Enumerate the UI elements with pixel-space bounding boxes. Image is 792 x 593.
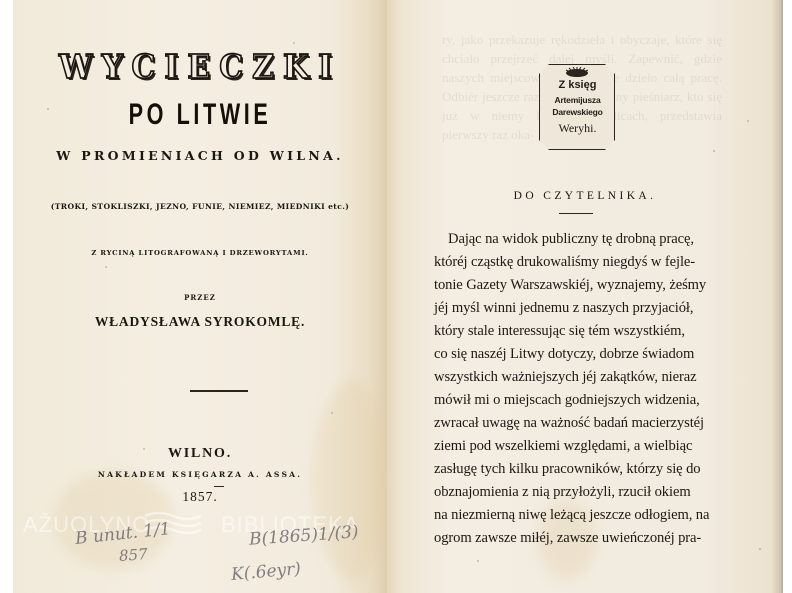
text-line: ogrom zawsze miłéj, zawsze uwieńczonéj p… (434, 527, 734, 550)
paper-speck (331, 412, 333, 414)
pencil-mark: K(.6eyr) (230, 559, 301, 585)
book-subtitle-line: W PROMIENIACH OD WILNA. (13, 148, 387, 163)
text-line: który stale interessując się tém wszystk… (434, 320, 734, 343)
text-line: na niezmierną niwę leżącą jeszcze odłogi… (434, 504, 734, 527)
paper-speck (759, 548, 761, 550)
book-title: WYCIECZKI (13, 48, 387, 87)
stamp-line: Darewskiego (539, 107, 616, 117)
text-line: ziemi pod wszelkiemi względami, a wielbi… (434, 435, 734, 458)
sun-emblem-icon (564, 67, 590, 77)
publication-city: WILNO. (13, 446, 387, 462)
stamp-line: Weryhi. (539, 121, 616, 136)
divider-rule (559, 213, 593, 214)
text-line: co się naszéj Litwy dotyczy, dobrze świa… (434, 343, 734, 366)
stamp-line: Z księg (539, 79, 616, 91)
preface-heading: DO CZYTELNIKA. (387, 190, 783, 202)
text-line: wszystkich ważniejszych jéj zakątków, ni… (434, 366, 734, 389)
text-line: jéj myśl winni jednemu z naszych przyjac… (434, 297, 734, 320)
text-line: obznajomienia z nią przyłożyli, rzucił o… (434, 481, 734, 504)
divider-rule (190, 390, 248, 392)
text-line: mówił mi o miejscach godniejszych widzen… (434, 389, 734, 412)
short-divider-rule (214, 486, 224, 487)
paper-speck (747, 120, 749, 122)
paper-speck (293, 42, 295, 44)
publisher-line: NAKŁADEM KSIĘGARZA A. ASSA. (13, 470, 387, 479)
publication-year: 1857. (13, 489, 387, 505)
text-line: zwracał uwagę na ważność badań macierzys… (434, 412, 734, 435)
text-line: tonie Gazety Warszawskiéj, wyznajemy, że… (434, 274, 734, 297)
book-spread: WYCIECZKI PO LITWIE W PROMIENIACH OD WIL… (13, 0, 783, 593)
preface-body: Dając na widok publiczny tę drobną pracę… (434, 228, 734, 550)
stamp-line: Artemijusza (539, 95, 616, 105)
paper-speck (713, 150, 715, 152)
text-line: któréj cząstkę drukowaliśmy niegdyś w fe… (434, 251, 734, 274)
paper-speck (477, 560, 479, 562)
text-line: zasługę tych kilku pracowników, którzy s… (434, 458, 734, 481)
book-subtitle: PO LITWIE (65, 98, 334, 132)
paper-speck (47, 108, 49, 110)
paper-speck (105, 266, 107, 268)
pencil-mark: 857 (118, 545, 148, 565)
preface-page: ry, jako przekazuje rękodzieła i obyczaj… (387, 0, 783, 593)
places-list: (TROKI, STOKLISZKI, JEZNO, FUNIE, NIEMIE… (13, 202, 387, 211)
illustrations-note: Z RYCINĄ LITOGRAFOWANĄ I DRZEWORYTAMI. (13, 249, 387, 257)
author-name: WŁADYSŁAWA SYROKOMLĘ. (13, 314, 387, 330)
text-line: Dając na widok publiczny tę drobną pracę… (434, 228, 734, 251)
page-edge (781, 0, 783, 593)
by-label: PRZEZ (13, 293, 387, 302)
title-page: WYCIECZKI PO LITWIE W PROMIENIACH OD WIL… (13, 0, 387, 593)
paper-stain (313, 380, 387, 580)
